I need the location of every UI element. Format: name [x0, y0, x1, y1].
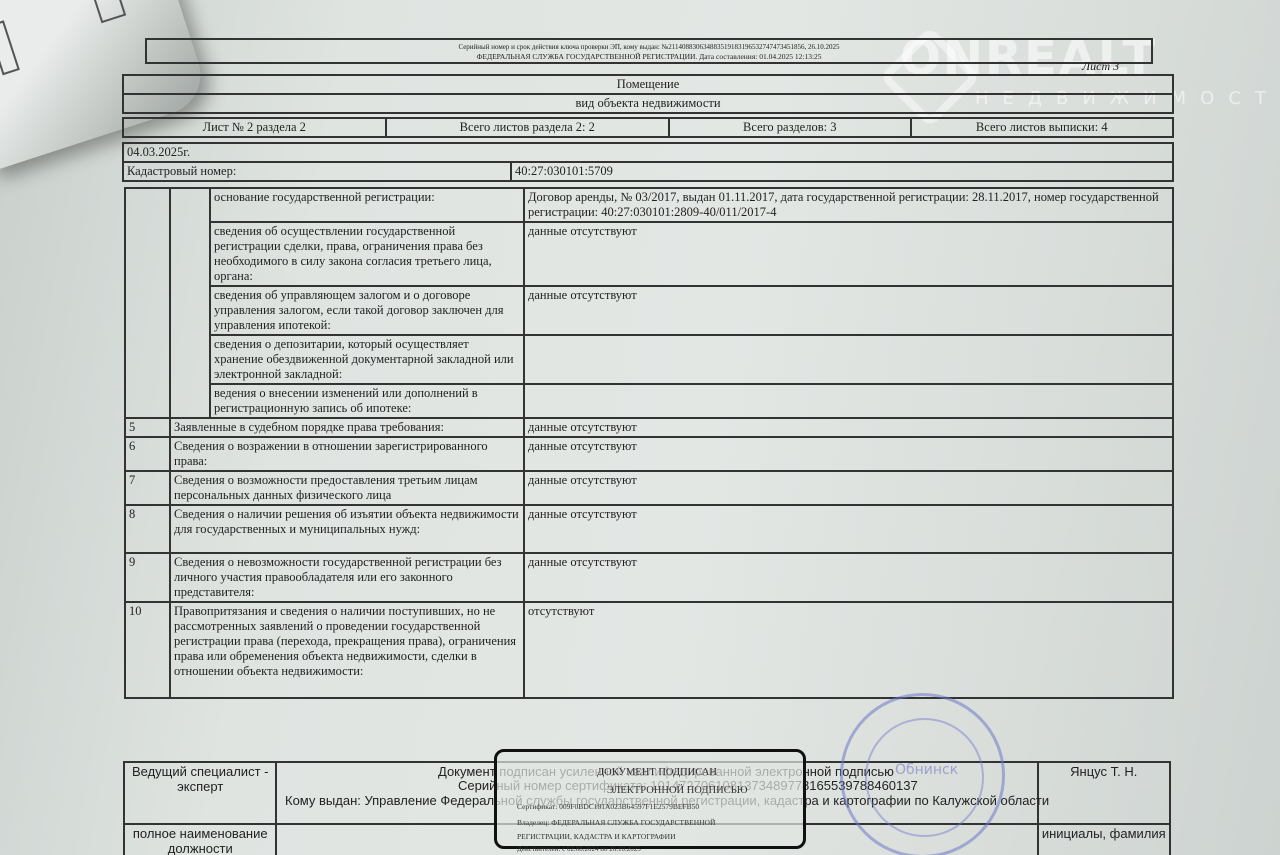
- position-caption: полное наименование должности: [124, 824, 276, 855]
- row-num: 5: [125, 418, 170, 437]
- signer-position: Ведущий специалист - эксперт: [124, 762, 276, 824]
- subrow-value: Договор аренды, № 03/2017, выдан 01.11.2…: [524, 188, 1173, 222]
- row-label: Заявленные в судебном порядке права треб…: [170, 418, 524, 437]
- row-label: Сведения о возможности предоставления тр…: [170, 471, 524, 505]
- section-4-indent-cell: [170, 188, 210, 418]
- agency-line: ФЕДЕРАЛЬНАЯ СЛУЖБА ГОСУДАРСТВЕННОЙ РЕГИС…: [147, 52, 1151, 62]
- row-label: Сведения о возражении в отношении зареги…: [170, 437, 524, 471]
- sheet-label: Лист 3: [1082, 59, 1119, 74]
- row-value: данные отсутствуют: [524, 437, 1173, 471]
- cadastral-number: 40:27:030101:5709: [511, 162, 1173, 181]
- meta-sheets-in-section: Всего листов раздела 2: 2: [386, 118, 670, 137]
- row-value: данные отсутствуют: [524, 553, 1173, 602]
- row-num: 6: [125, 437, 170, 471]
- row-num: 10: [125, 602, 170, 698]
- subrow-value: данные отсутствуют: [524, 222, 1173, 286]
- object-type-table: Помещение вид объекта недвижимости: [122, 74, 1174, 114]
- row-num: 7: [125, 471, 170, 505]
- document-date: 04.03.2025г.: [123, 143, 1173, 162]
- row-num: 8: [125, 505, 170, 553]
- subrow-label: ведения о внесении изменений или дополне…: [210, 384, 524, 418]
- name-caption: инициалы, фамилия: [1038, 824, 1170, 855]
- meta-sections-total: Всего разделов: 3: [669, 118, 911, 137]
- meta-sheet: Лист № 2 раздела 2: [123, 118, 386, 137]
- serial-line: Серийный номер и срок действия ключа про…: [147, 42, 1151, 52]
- signer-name: Янцус Т. Н.: [1038, 762, 1170, 824]
- object-type-caption: вид объекта недвижимости: [123, 94, 1173, 113]
- subrow-value: данные отсутствуют: [524, 286, 1173, 335]
- stamp-owner: Владелец: ФЕДЕРАЛЬНАЯ СЛУЖБА ГОСУДАРСТВЕ…: [517, 816, 715, 830]
- stamp-subtitle: ЭЛЕКТРОННОЙ ПОДПИСЬЮ: [607, 784, 748, 798]
- stamp-title: ДОКУМЕНТ ПОДПИСАН: [597, 766, 717, 780]
- row-label: Сведения о невозможности государственной…: [170, 553, 524, 602]
- signature-header: Серийный номер и срок действия ключа про…: [145, 38, 1153, 64]
- subrow-label: основание государственной регистрации:: [210, 188, 524, 222]
- subrow-label: сведения об осуществлении государственно…: [210, 222, 524, 286]
- rights-table: основание государственной регистрации: Д…: [124, 187, 1174, 699]
- row-value: данные отсутствуют: [524, 418, 1173, 437]
- row-value: отсутствуют: [524, 602, 1173, 698]
- subrow-value: [524, 335, 1173, 384]
- date-cadastral-table: 04.03.2025г. Кадастровый номер: 40:27:03…: [122, 142, 1174, 182]
- subrow-label: сведения об управляющем залогом и о дого…: [210, 286, 524, 335]
- row-value: данные отсутствуют: [524, 505, 1173, 553]
- row-label: Сведения о наличии решения об изъятии об…: [170, 505, 524, 553]
- subrow-value: [524, 384, 1173, 418]
- sheet-meta-table: Лист № 2 раздела 2 Всего листов раздела …: [122, 117, 1174, 138]
- subrow-label: сведения о депозитарии, который осуществ…: [210, 335, 524, 384]
- row-num: 9: [125, 553, 170, 602]
- stamp-certificate: Сертификат: 009F0BDC181A023B64597F1E2579…: [517, 800, 699, 814]
- e-signature-stamp: ДОКУМЕНТ ПОДПИСАН ЭЛЕКТРОННОЙ ПОДПИСЬЮ С…: [494, 749, 806, 849]
- meta-sheets-total: Всего листов выписки: 4: [911, 118, 1174, 137]
- row-label: Правопритязания и сведения о наличии пос…: [170, 602, 524, 698]
- stamp-validity: Действителен: с 02.08.2024 по 26.10.2025: [517, 842, 641, 855]
- cadastral-label: Кадастровый номер:: [123, 162, 511, 181]
- section-4-num-cell: [125, 188, 170, 418]
- seal-city: Обнинск: [895, 762, 958, 778]
- row-value: данные отсутствуют: [524, 471, 1173, 505]
- object-type: Помещение: [123, 75, 1173, 94]
